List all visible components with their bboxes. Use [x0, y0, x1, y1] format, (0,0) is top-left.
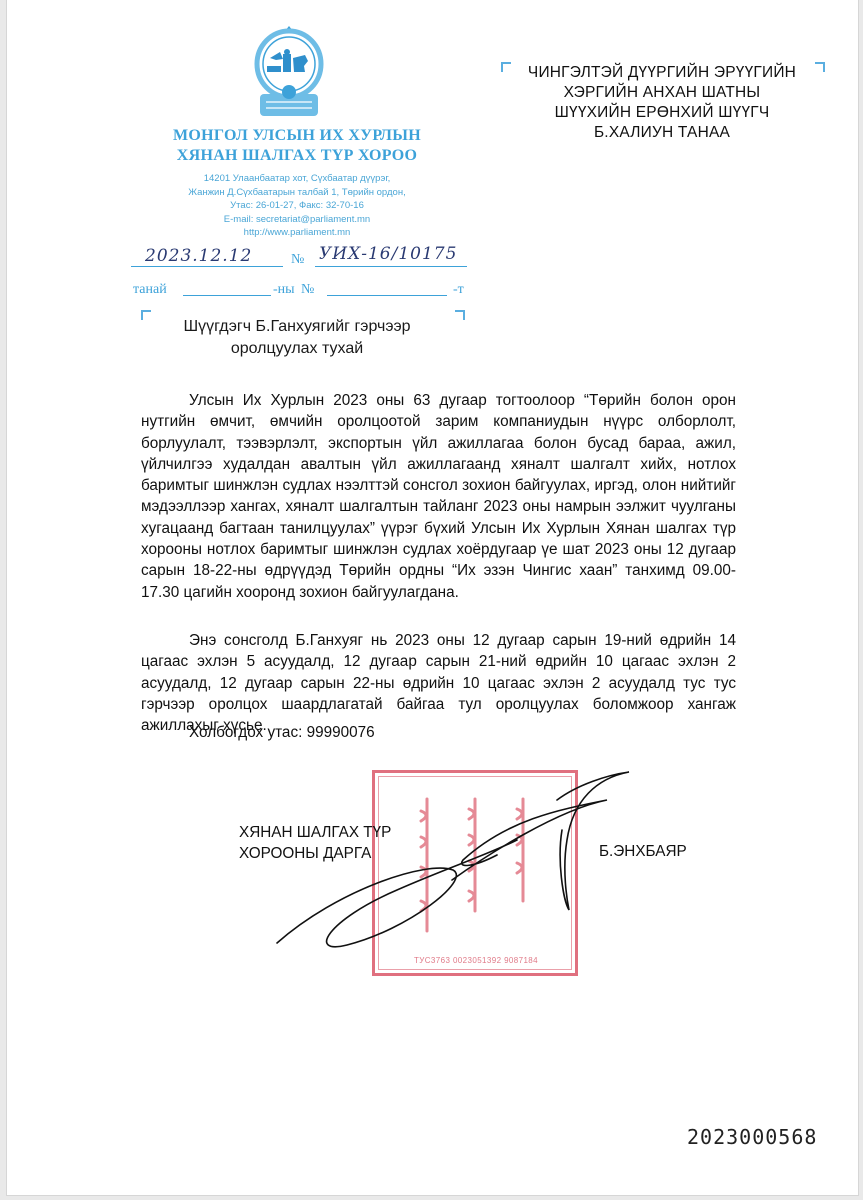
- official-stamp: ТУС3763 0023051392 9087184: [372, 770, 578, 976]
- organization-contact: 14201 Улаанбаатар хот, Сүхбаатар дүүрэг,…: [127, 172, 467, 240]
- your-number-label: №: [301, 282, 314, 298]
- address-line: 14201 Улаанбаатар хот, Сүхбаатар дүүрэг,: [127, 172, 467, 186]
- body-paragraph: Улсын Их Хурлын 2023 оны 63 дугаар тогто…: [141, 390, 736, 603]
- phone-fax: Утас: 26-01-27, Факс: 32-70-16: [127, 199, 467, 213]
- address-line: Жанжин Д.Сүхбаатарын талбай 1, Төрийн ор…: [127, 186, 467, 200]
- document-date: 2023.12.12: [145, 246, 252, 266]
- body-paragraph: Энэ сонсголд Б.Ганхуяг нь 2023 оны 12 ду…: [141, 630, 736, 736]
- signatory-title: ХЯНАН ШАЛГАХ ТҮР ХОРООНЫ ДАРГА: [239, 822, 391, 864]
- your-number-underline: [327, 295, 447, 296]
- contact-phone: Холбогдох утас: 99990076: [189, 724, 375, 742]
- organization-name: МОНГОЛ УЛСЫН ИХ ХУРЛЫН ХЯНАН ШАЛГАХ ТҮР …: [127, 126, 467, 166]
- number-label: №: [291, 252, 304, 268]
- subject: Шүүгдэгч Б.Ганхуягийг гэрчээр оролцуулах…: [137, 316, 457, 360]
- serial-number: 2023000568: [687, 1125, 817, 1149]
- signatory-name: Б.ЭНХБАЯР: [599, 843, 687, 861]
- your-date-underline: [183, 295, 271, 296]
- letter-page: МОНГОЛ УЛСЫН ИХ ХУРЛЫН ХЯНАН ШАЛГАХ ТҮР …: [6, 0, 859, 1196]
- stamp-code: ТУС3763 0023051392 9087184: [387, 956, 565, 965]
- state-emblem-icon: [250, 22, 328, 120]
- addressee-block: ЧИНГЭЛТЭЙ ДҮҮРГИЙН ЭРҮҮГИЙН ХЭРГИЙН АНХА…: [507, 63, 817, 143]
- mongolian-script-icon: [405, 791, 545, 941]
- website: http://www.parliament.mn: [127, 226, 467, 240]
- number-underline: [315, 266, 467, 267]
- your-label: танай: [133, 282, 167, 298]
- email: E-mail: secretariat@parliament.mn: [127, 213, 467, 227]
- your-suffix: -ны: [273, 282, 295, 298]
- document-number: УИХ-16/10175: [319, 244, 457, 264]
- your-number-suffix: -т: [453, 282, 464, 298]
- date-underline: [131, 266, 283, 267]
